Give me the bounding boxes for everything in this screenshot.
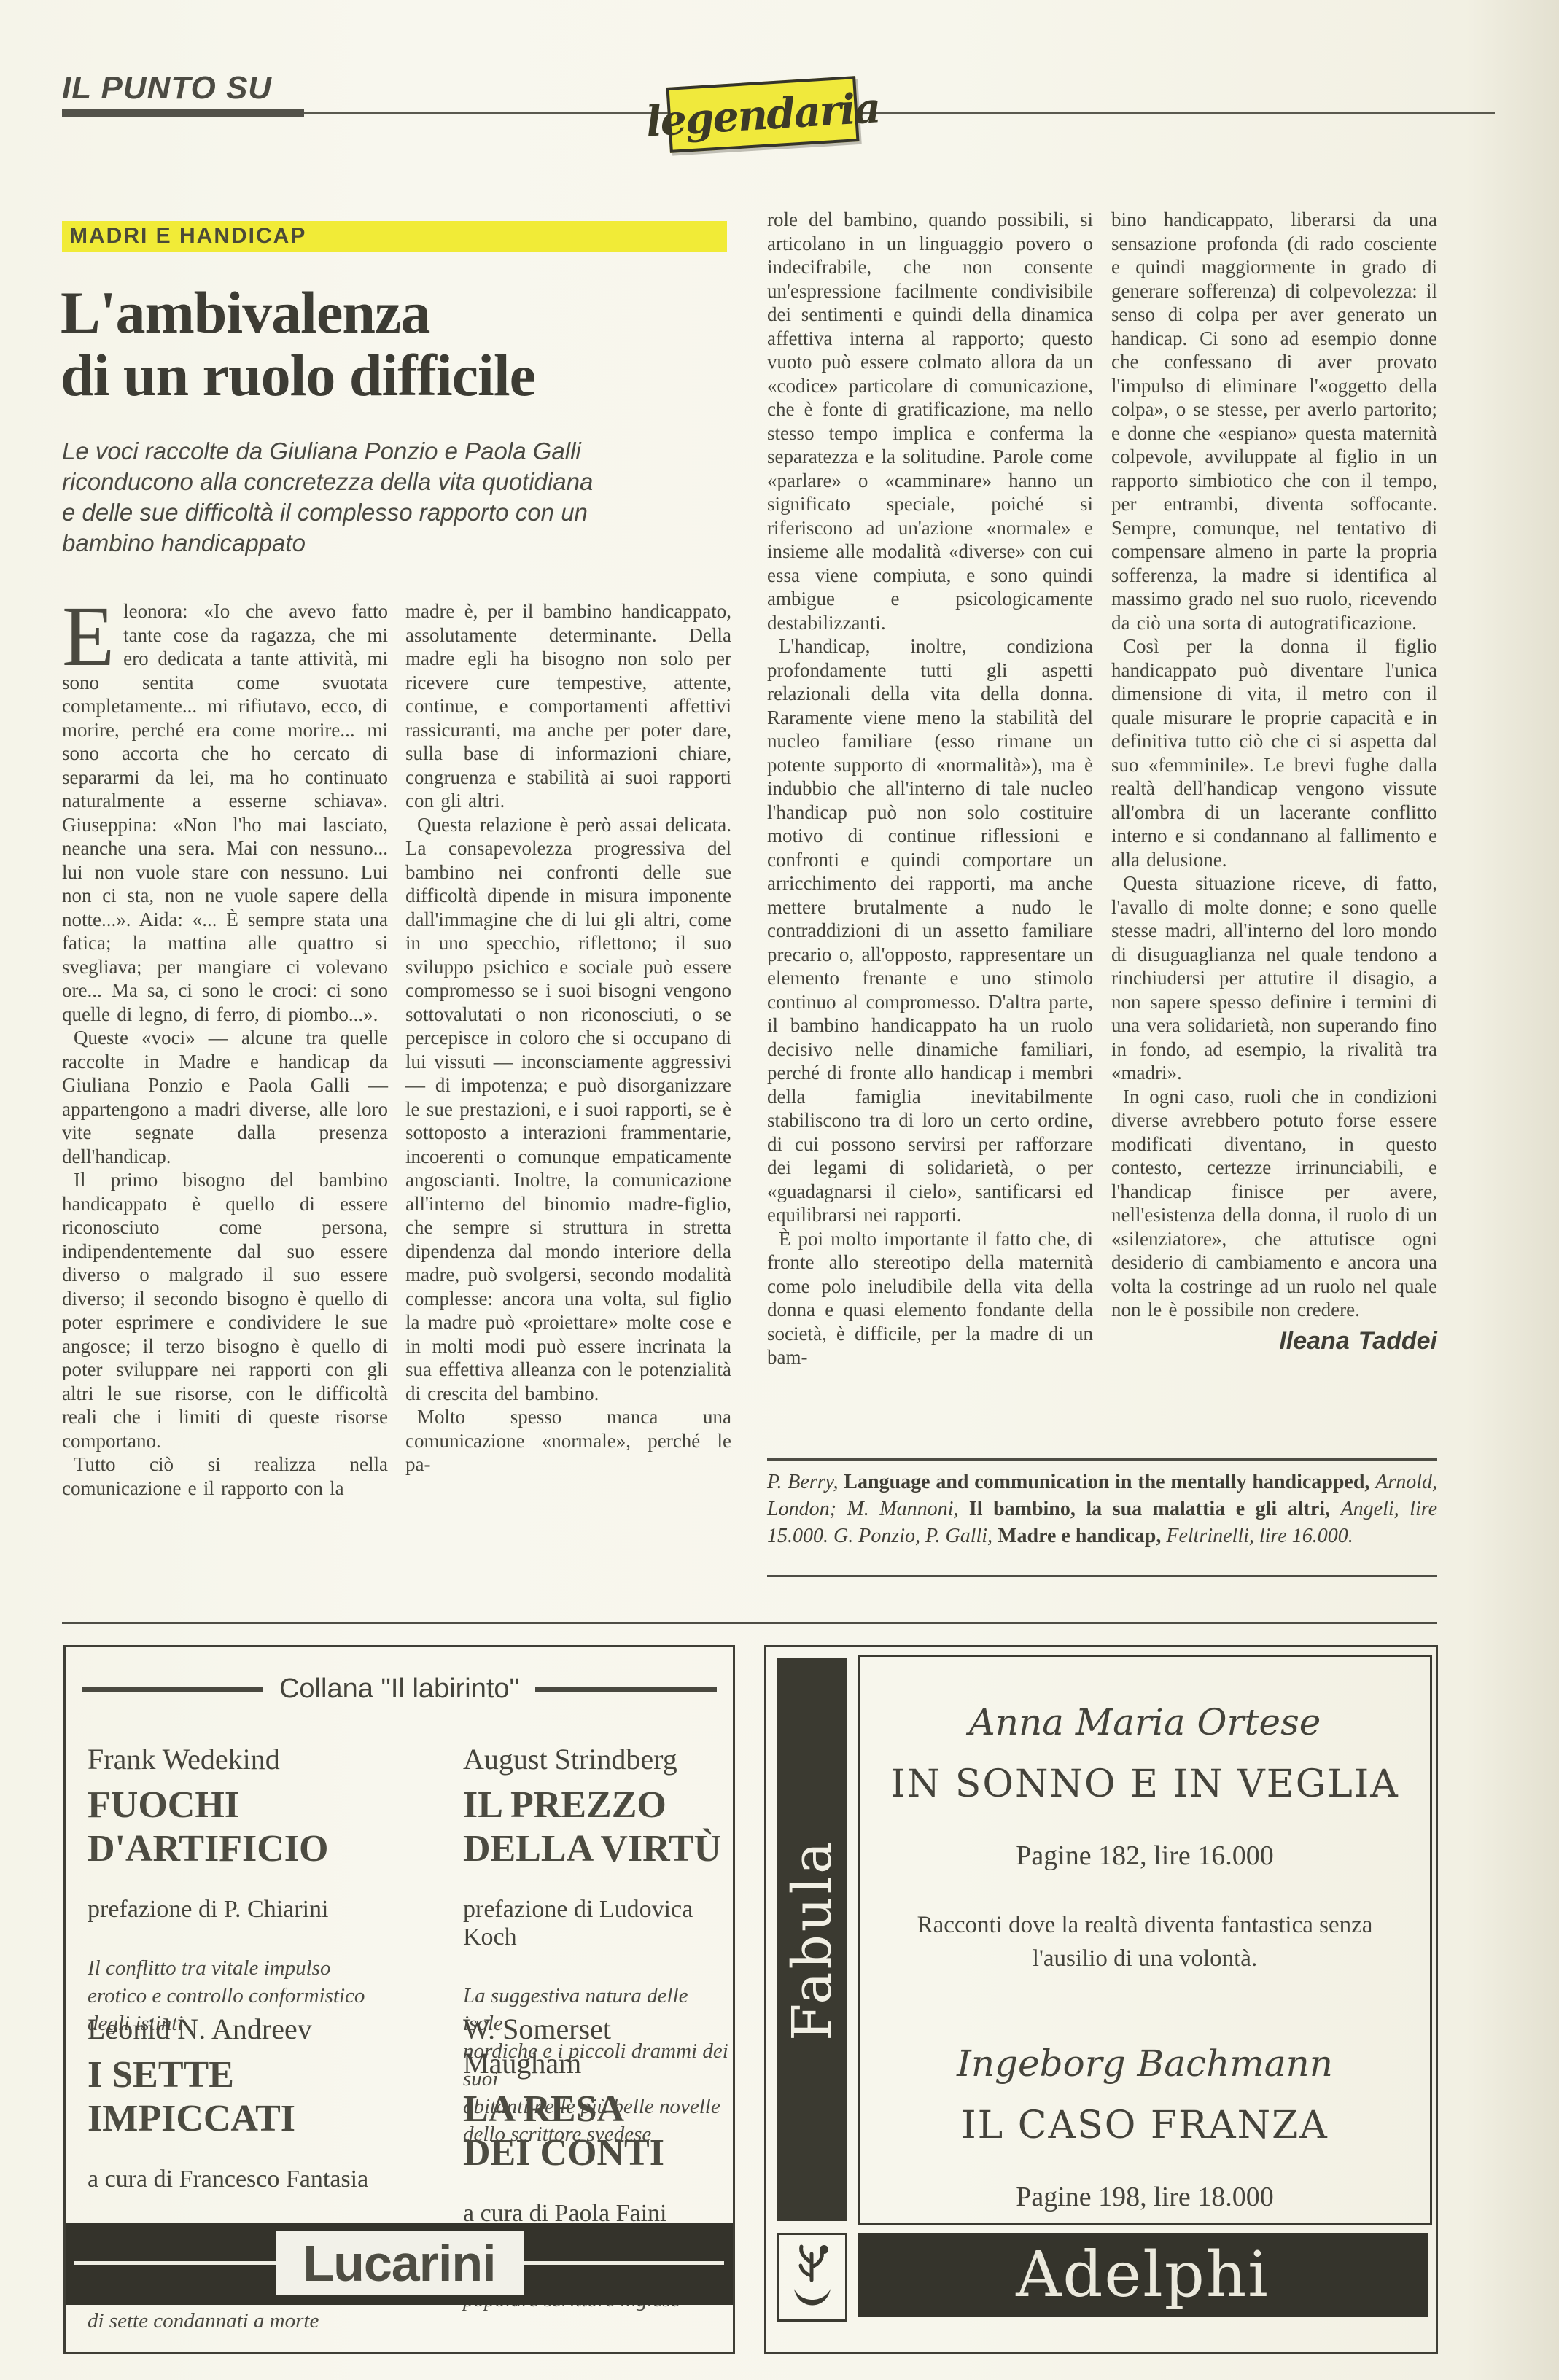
section-label-band: MADRI E HANDICAP xyxy=(62,221,727,252)
fabula-label: Fabula xyxy=(781,1838,844,2040)
biblio-segment: Il bambino, la sua malattia e gli altri, xyxy=(969,1498,1341,1520)
masthead-text: legendaria xyxy=(645,83,881,146)
collana-header: Collana "Il labirinto" xyxy=(82,1673,717,1705)
collana-rule-right xyxy=(535,1687,717,1692)
paragraph: L'handicap, inoltre, condiziona profonda… xyxy=(767,634,1093,1227)
paragraph: Molto spesso manca una comunicazione «no… xyxy=(405,1405,731,1477)
paragraph: In ogni caso, ruoli che in condizioni di… xyxy=(1111,1085,1437,1322)
header-rule xyxy=(304,112,1495,114)
book-author: Anna Maria Ortese xyxy=(860,1701,1430,1743)
book-author: Leonid N. Andreev xyxy=(88,2012,401,2046)
book-title: IL CASO FRANZA xyxy=(860,2104,1430,2147)
biblio-segment: Feltrinelli, lire 16.000. xyxy=(1166,1525,1353,1547)
article-column-1: Eleonora: «Io che avevo fatto tante cose… xyxy=(62,599,388,1500)
paragraph: bino handicappato, liberarsi da una sens… xyxy=(1111,208,1437,634)
adelphi-inner-box: Anna Maria Ortese IN SONNO E IN VEGLIA P… xyxy=(858,1655,1432,2225)
book-title: IL PREZZO DELLA VIRTÙ xyxy=(463,1784,729,1871)
paragraph: madre è, per il bambino handicappato, as… xyxy=(405,599,731,813)
book-entry: Frank Wedekind FUOCHI D'ARTIFICIO prefaz… xyxy=(88,1742,401,2037)
book-blurb: Racconti dove la realtà diventa fantasti… xyxy=(860,1908,1430,1975)
book-author: W. Somerset Maugham xyxy=(463,2012,729,2080)
masthead-logo: legendaria xyxy=(666,76,859,153)
lucarini-logo: Lucarini xyxy=(276,2231,524,2295)
magazine-page: IL PUNTO SU legendaria MADRI E HANDICAP … xyxy=(0,0,1559,2380)
dropcap: E xyxy=(62,599,123,669)
book-details: Pagine 182, lire 16.000 xyxy=(860,1840,1430,1872)
kicker: IL PUNTO SU xyxy=(62,70,272,106)
biblio-segment: P. Berry, xyxy=(767,1471,844,1493)
adelphi-logo-box xyxy=(777,2233,847,2322)
article-column-3: role del bambino, quando possibili, si a… xyxy=(767,208,1093,1369)
paragraph: Eleonora: «Io che avevo fatto tante cose… xyxy=(62,599,388,1026)
collana-title: Collana "Il labirinto" xyxy=(263,1673,535,1705)
collana-rule-left xyxy=(82,1687,263,1692)
paragraph: Così per la donna il figlio handicappato… xyxy=(1111,634,1437,871)
biblio-segment: Language and communication in the mental… xyxy=(844,1471,1375,1493)
bibliography: P. Berry, Language and communication in … xyxy=(767,1469,1437,1549)
book-editor: prefazione di Ludovica Koch xyxy=(463,1896,729,1951)
biblio-segment: Madre e handicap, xyxy=(998,1525,1166,1547)
adelphi-bar: Adelphi xyxy=(858,2233,1428,2317)
lucarini-wordmark: Lucarini xyxy=(303,2234,495,2292)
book-details: Pagine 198, lire 18.000 xyxy=(860,2181,1430,2213)
title-line-1: L'ambivalenza xyxy=(61,279,429,346)
book-editor: a cura di Francesco Fantasia xyxy=(88,2166,401,2193)
paragraph: Il primo bisogno del bambino handicappat… xyxy=(62,1168,388,1452)
book-author: Frank Wedekind xyxy=(88,1742,401,1776)
article-subtitle: Le voci raccolte da Giuliana Ponzio e Pa… xyxy=(62,436,605,559)
book-title: FUOCHI D'ARTIFICIO xyxy=(88,1784,401,1871)
article-column-4: bino handicappato, liberarsi da una sens… xyxy=(1111,208,1437,1353)
book-title: I SETTE IMPICCATI xyxy=(88,2053,401,2141)
paragraph: È poi molto importante il fatto che, di … xyxy=(767,1227,1093,1369)
title-line-2: di un ruolo difficile xyxy=(61,342,535,408)
paragraph: Questa situazione riceve, di fatto, l'av… xyxy=(1111,871,1437,1085)
book-author: August Strindberg xyxy=(463,1742,729,1776)
section-label: MADRI E HANDICAP xyxy=(62,224,306,249)
fabula-series-bar: Fabula xyxy=(777,1658,847,2221)
bibliography-rule-bottom xyxy=(767,1575,1437,1577)
paragraph: Tutto ciò si realizza nella comunicazion… xyxy=(62,1452,388,1500)
paragraph: role del bambino, quando possibili, si a… xyxy=(767,208,1093,634)
adelphi-wordmark: Adelphi xyxy=(1016,2239,1270,2311)
book-author: Ingeborg Bachmann xyxy=(860,2042,1430,2085)
section-divider-rule xyxy=(62,1622,1437,1624)
lucarini-band: Lucarini xyxy=(66,2223,733,2305)
adelphi-moon-flower-icon xyxy=(790,2244,835,2311)
book-title: IN SONNO E IN VEGLIA xyxy=(860,1762,1430,1806)
book-title: LA RESA DEI CONTI xyxy=(463,2088,729,2175)
paragraph: Questa relazione è però assai delicata. … xyxy=(405,813,731,1406)
article-column-2: madre è, per il bambino handicappato, as… xyxy=(405,599,731,1477)
lucarini-ad: Collana "Il labirinto" Frank Wedekind FU… xyxy=(63,1645,735,2354)
kicker-underline xyxy=(62,109,304,117)
bibliography-rule-top xyxy=(767,1458,1437,1461)
book-editor: prefazione di P. Chiarini xyxy=(88,1896,401,1924)
article-title: L'ambivalenza di un ruolo difficile xyxy=(61,281,717,407)
byline: Ileana Taddei xyxy=(1111,1329,1437,1353)
paragraph: Queste «voci» — alcune tra quelle raccol… xyxy=(62,1026,388,1168)
